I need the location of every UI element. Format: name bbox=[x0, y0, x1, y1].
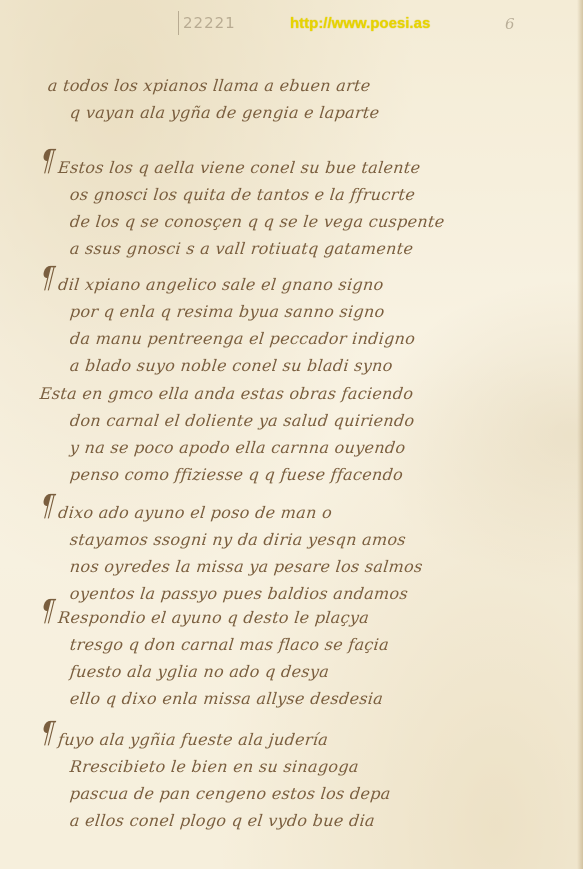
paragraph-mark-icon: ¶ bbox=[39, 261, 57, 297]
watermark-url: http://www.poesi.as bbox=[290, 15, 430, 32]
verse-line: a todos los xpianos llama a ebuen arte bbox=[47, 72, 552, 99]
verse-line: ¶fuyo ala ygñia fueste ala judería bbox=[39, 725, 552, 753]
stanza-5: ¶dixo ado ayuno el poso de man o stayamo… bbox=[40, 498, 550, 607]
stanza-4: Esta en gmco ella anda estas obras facie… bbox=[40, 380, 550, 488]
verse-line: a ellos conel plogo q el vydo bue dia bbox=[69, 807, 552, 834]
verse-line: Esta en gmco ella anda estas obras facie… bbox=[39, 380, 552, 407]
stanza-7: ¶fuyo ala ygñia fueste ala judería Rresc… bbox=[40, 725, 550, 834]
stanza-1: a todos los xpianos llama a ebuen arte q… bbox=[40, 72, 550, 126]
verse-line: q vayan ala ygña de gengia e laparte bbox=[69, 99, 552, 126]
verse-line: ello q dixo enla missa allyse desdesia bbox=[69, 685, 552, 712]
stanza-6: ¶Respondio el ayuno q desto le plaçya tr… bbox=[40, 603, 550, 712]
stanza-2: ¶Estos los q aella viene conel su bue ta… bbox=[40, 153, 550, 262]
verse-line: don carnal el doliente ya salud quiriend… bbox=[69, 407, 552, 434]
stanza-3: ¶dil xpiano angelico sale el gnano signo… bbox=[40, 270, 550, 379]
verse-line: de los q se conosçen q q se le vega cusp… bbox=[69, 208, 552, 235]
verse-line: Rrescibieto le bien en su sinagoga bbox=[69, 753, 552, 780]
verse-line: pascua de pan cengeno estos los depa bbox=[69, 780, 552, 807]
verse-line: da manu pentreenga el peccador indigno bbox=[69, 325, 552, 352]
verse-line: ¶dil xpiano angelico sale el gnano signo bbox=[39, 270, 552, 298]
page-edge bbox=[577, 0, 583, 869]
verse-line: tresgo q don carnal mas flaco se façia bbox=[69, 631, 552, 658]
paragraph-mark-icon: ¶ bbox=[39, 594, 57, 630]
verse-line: os gnosci los quita de tantos e la ffruc… bbox=[69, 181, 552, 208]
verse-line: por q enla q resima byua sanno signo bbox=[69, 298, 552, 325]
verse-line: ¶Estos los q aella viene conel su bue ta… bbox=[39, 153, 552, 181]
verse-line: penso como ffiziesse q q fuese ffacendo bbox=[69, 461, 552, 488]
verse-line: stayamos ssogni ny da diria yesqn amos bbox=[69, 526, 552, 553]
paragraph-mark-icon: ¶ bbox=[39, 489, 57, 525]
verse-line: nos oyredes la missa ya pesare los salmo… bbox=[69, 553, 552, 580]
folio-pencil-mark: 22221 bbox=[183, 14, 236, 32]
manuscript-page: 22221 http://www.poesi.as 6 a todos los … bbox=[0, 0, 583, 869]
verse-line: a ssus gnosci s a vall rotiuatq gatament… bbox=[69, 235, 552, 262]
page-number: 6 bbox=[505, 15, 515, 33]
verse-line: ¶dixo ado ayuno el poso de man o bbox=[39, 498, 552, 526]
verse-line: a blado suyo noble conel su bladi syno bbox=[69, 352, 552, 379]
verse-line: y na se poco apodo ella carnna ouyendo bbox=[69, 434, 552, 461]
paragraph-mark-icon: ¶ bbox=[39, 144, 57, 180]
paragraph-mark-icon: ¶ bbox=[39, 716, 57, 752]
verse-line: ¶Respondio el ayuno q desto le plaçya bbox=[39, 603, 552, 631]
verse-line: fuesto ala yglia no ado q desya bbox=[69, 658, 552, 685]
